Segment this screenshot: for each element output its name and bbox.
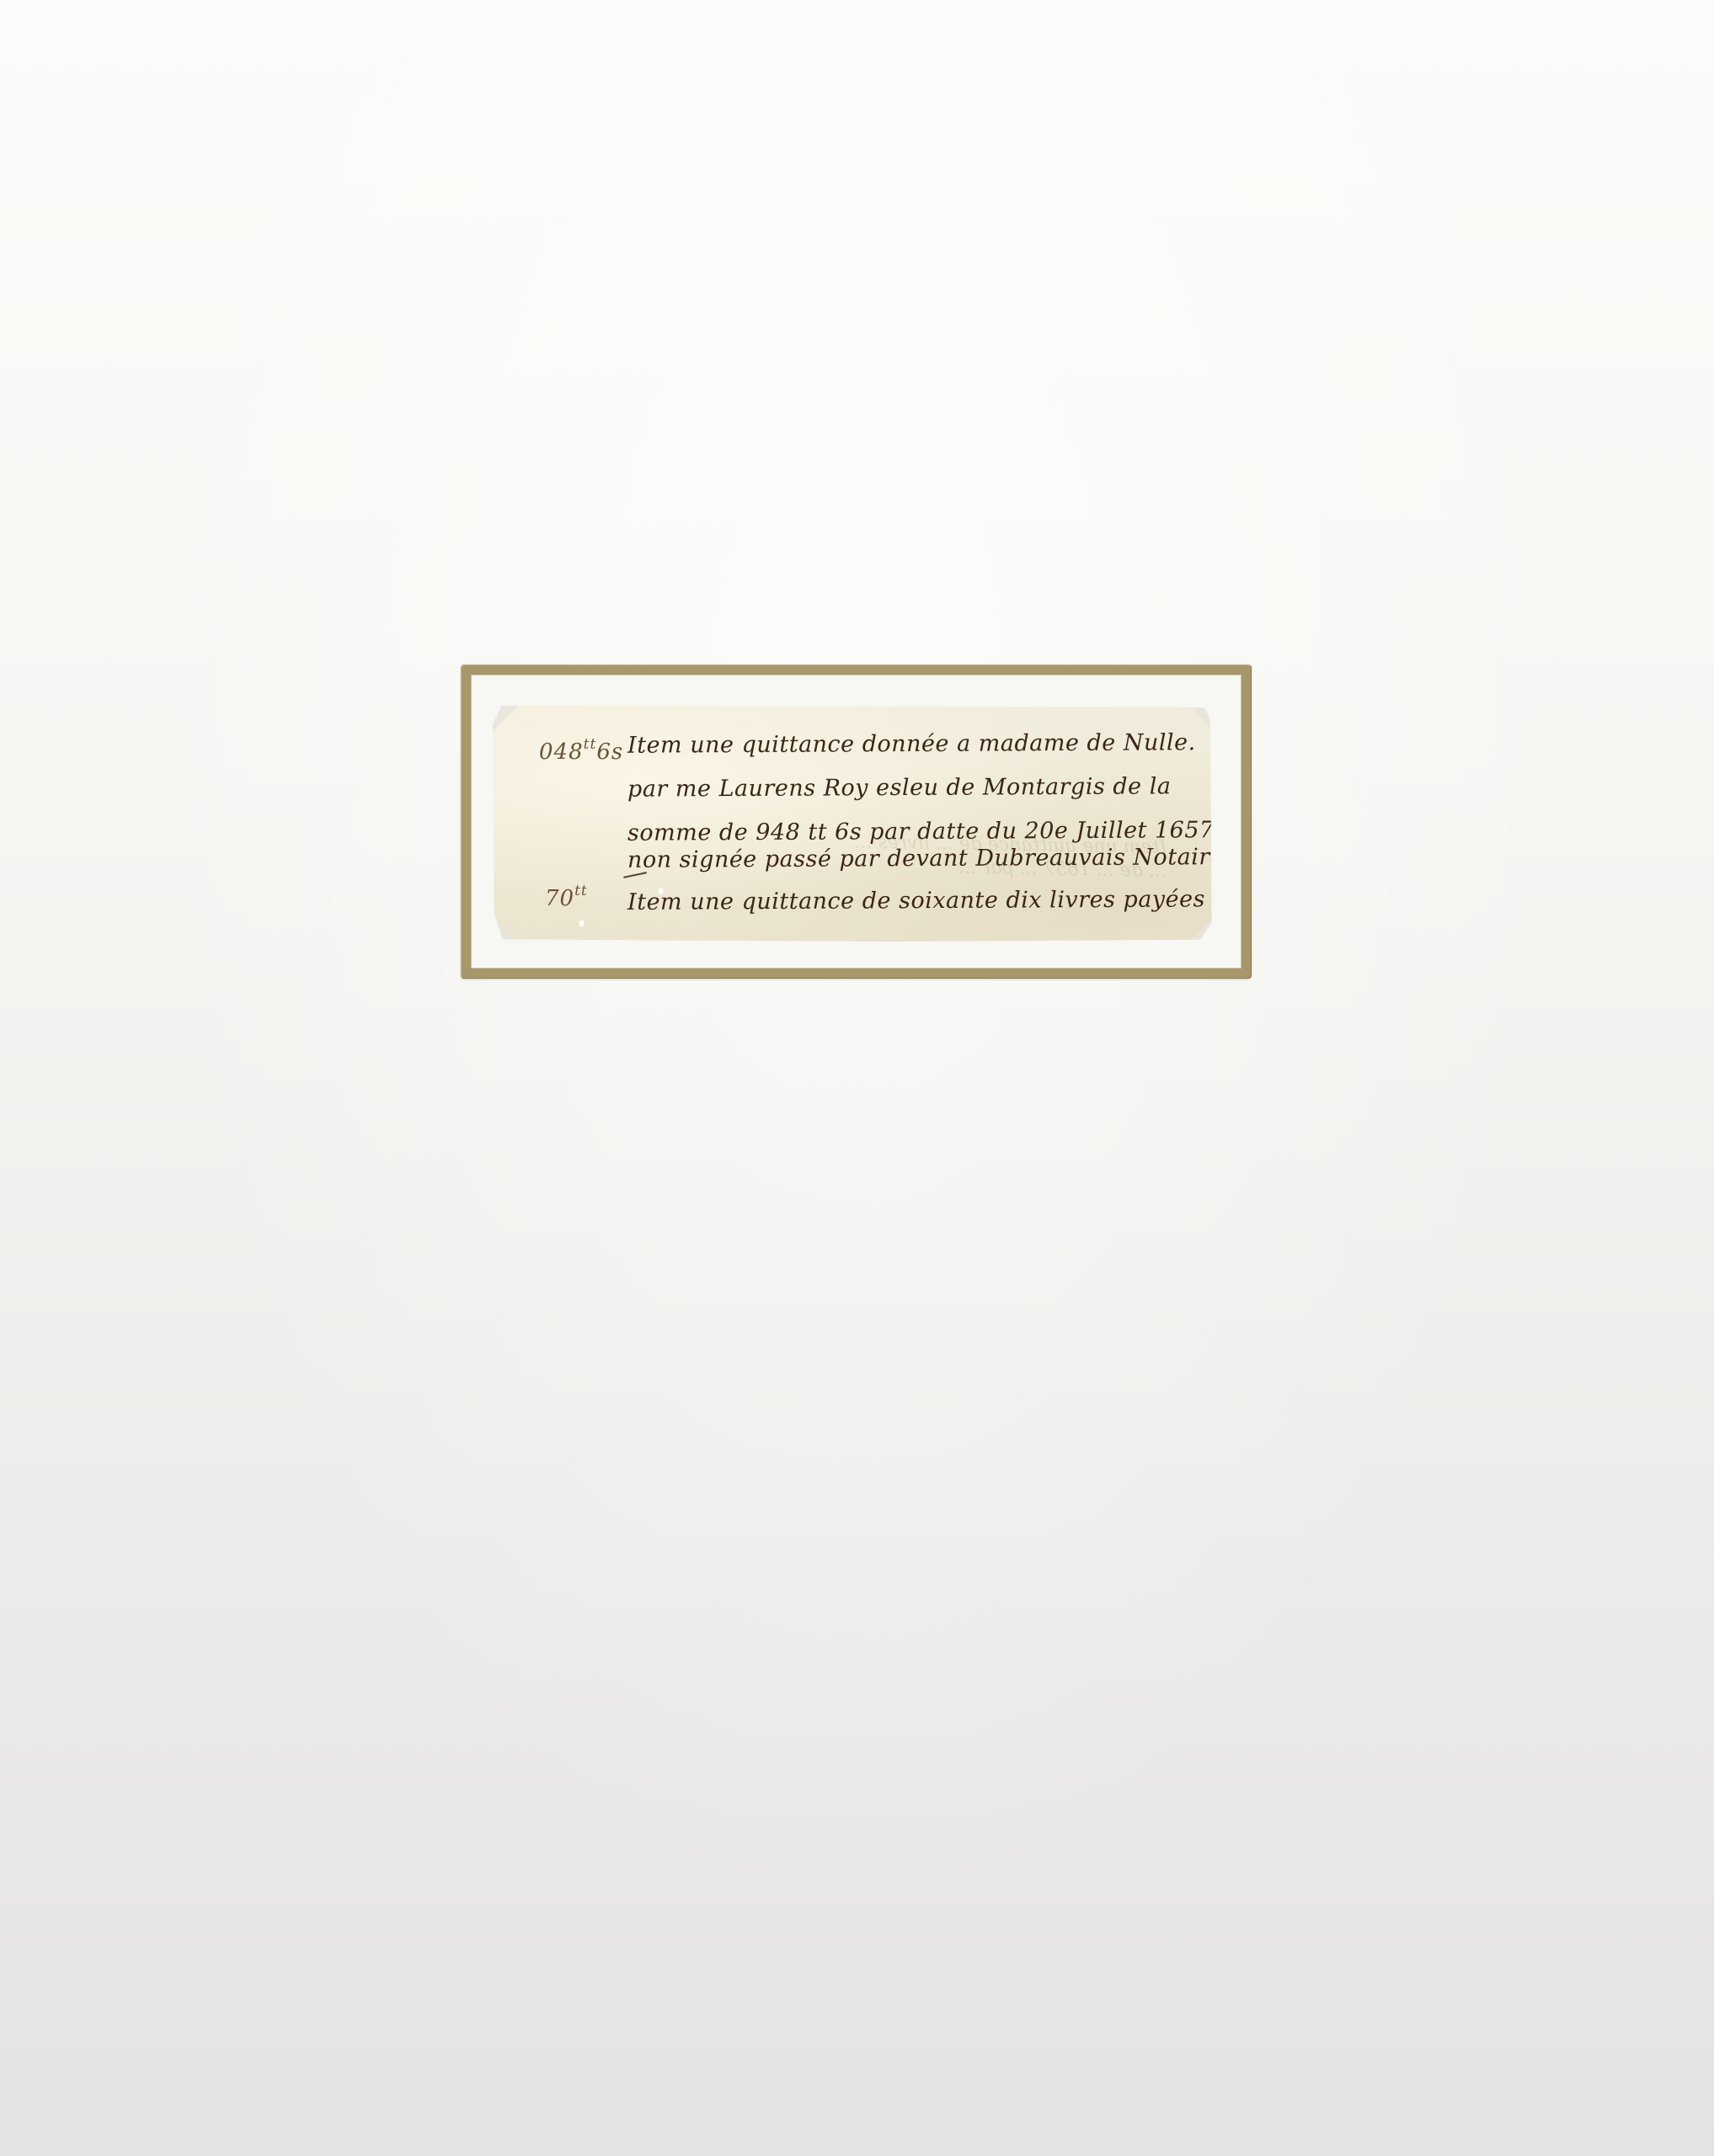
- amount-value: 70: [545, 886, 574, 911]
- photo-corner: [1189, 916, 1215, 942]
- manuscript-line: par me Laurens Roy esleu de Montargis de…: [627, 773, 1172, 802]
- margin-amount: 048tt6s: [539, 736, 623, 765]
- photo-corner: [493, 706, 518, 731]
- sols-value: 6s: [596, 739, 623, 765]
- margin-amount: 70tt: [545, 883, 588, 911]
- photo-corner: [1189, 706, 1215, 731]
- amount-value: 048: [539, 739, 584, 765]
- photo-corner: [493, 916, 518, 942]
- manuscript-paper: Item une quittance de ... livres ... ...…: [493, 706, 1215, 942]
- manuscript-line: non signée passé par devant Dubreauvais …: [627, 844, 1224, 873]
- pinhole: [579, 920, 585, 927]
- manuscript-line: somme de 948 tt 6s par datte du 20e Juil…: [627, 817, 1215, 846]
- manuscript-line: Item une quittance donnée a madame de Nu…: [627, 729, 1196, 759]
- gilt-frame-window: Item une quittance de ... livres ... ...…: [461, 664, 1252, 979]
- livres-symbol: tt: [574, 883, 588, 899]
- manuscript-line: Item une quittance de soixante dix livre…: [627, 886, 1253, 915]
- livres-symbol: tt: [584, 736, 597, 753]
- mat-board: [0, 0, 1714, 2156]
